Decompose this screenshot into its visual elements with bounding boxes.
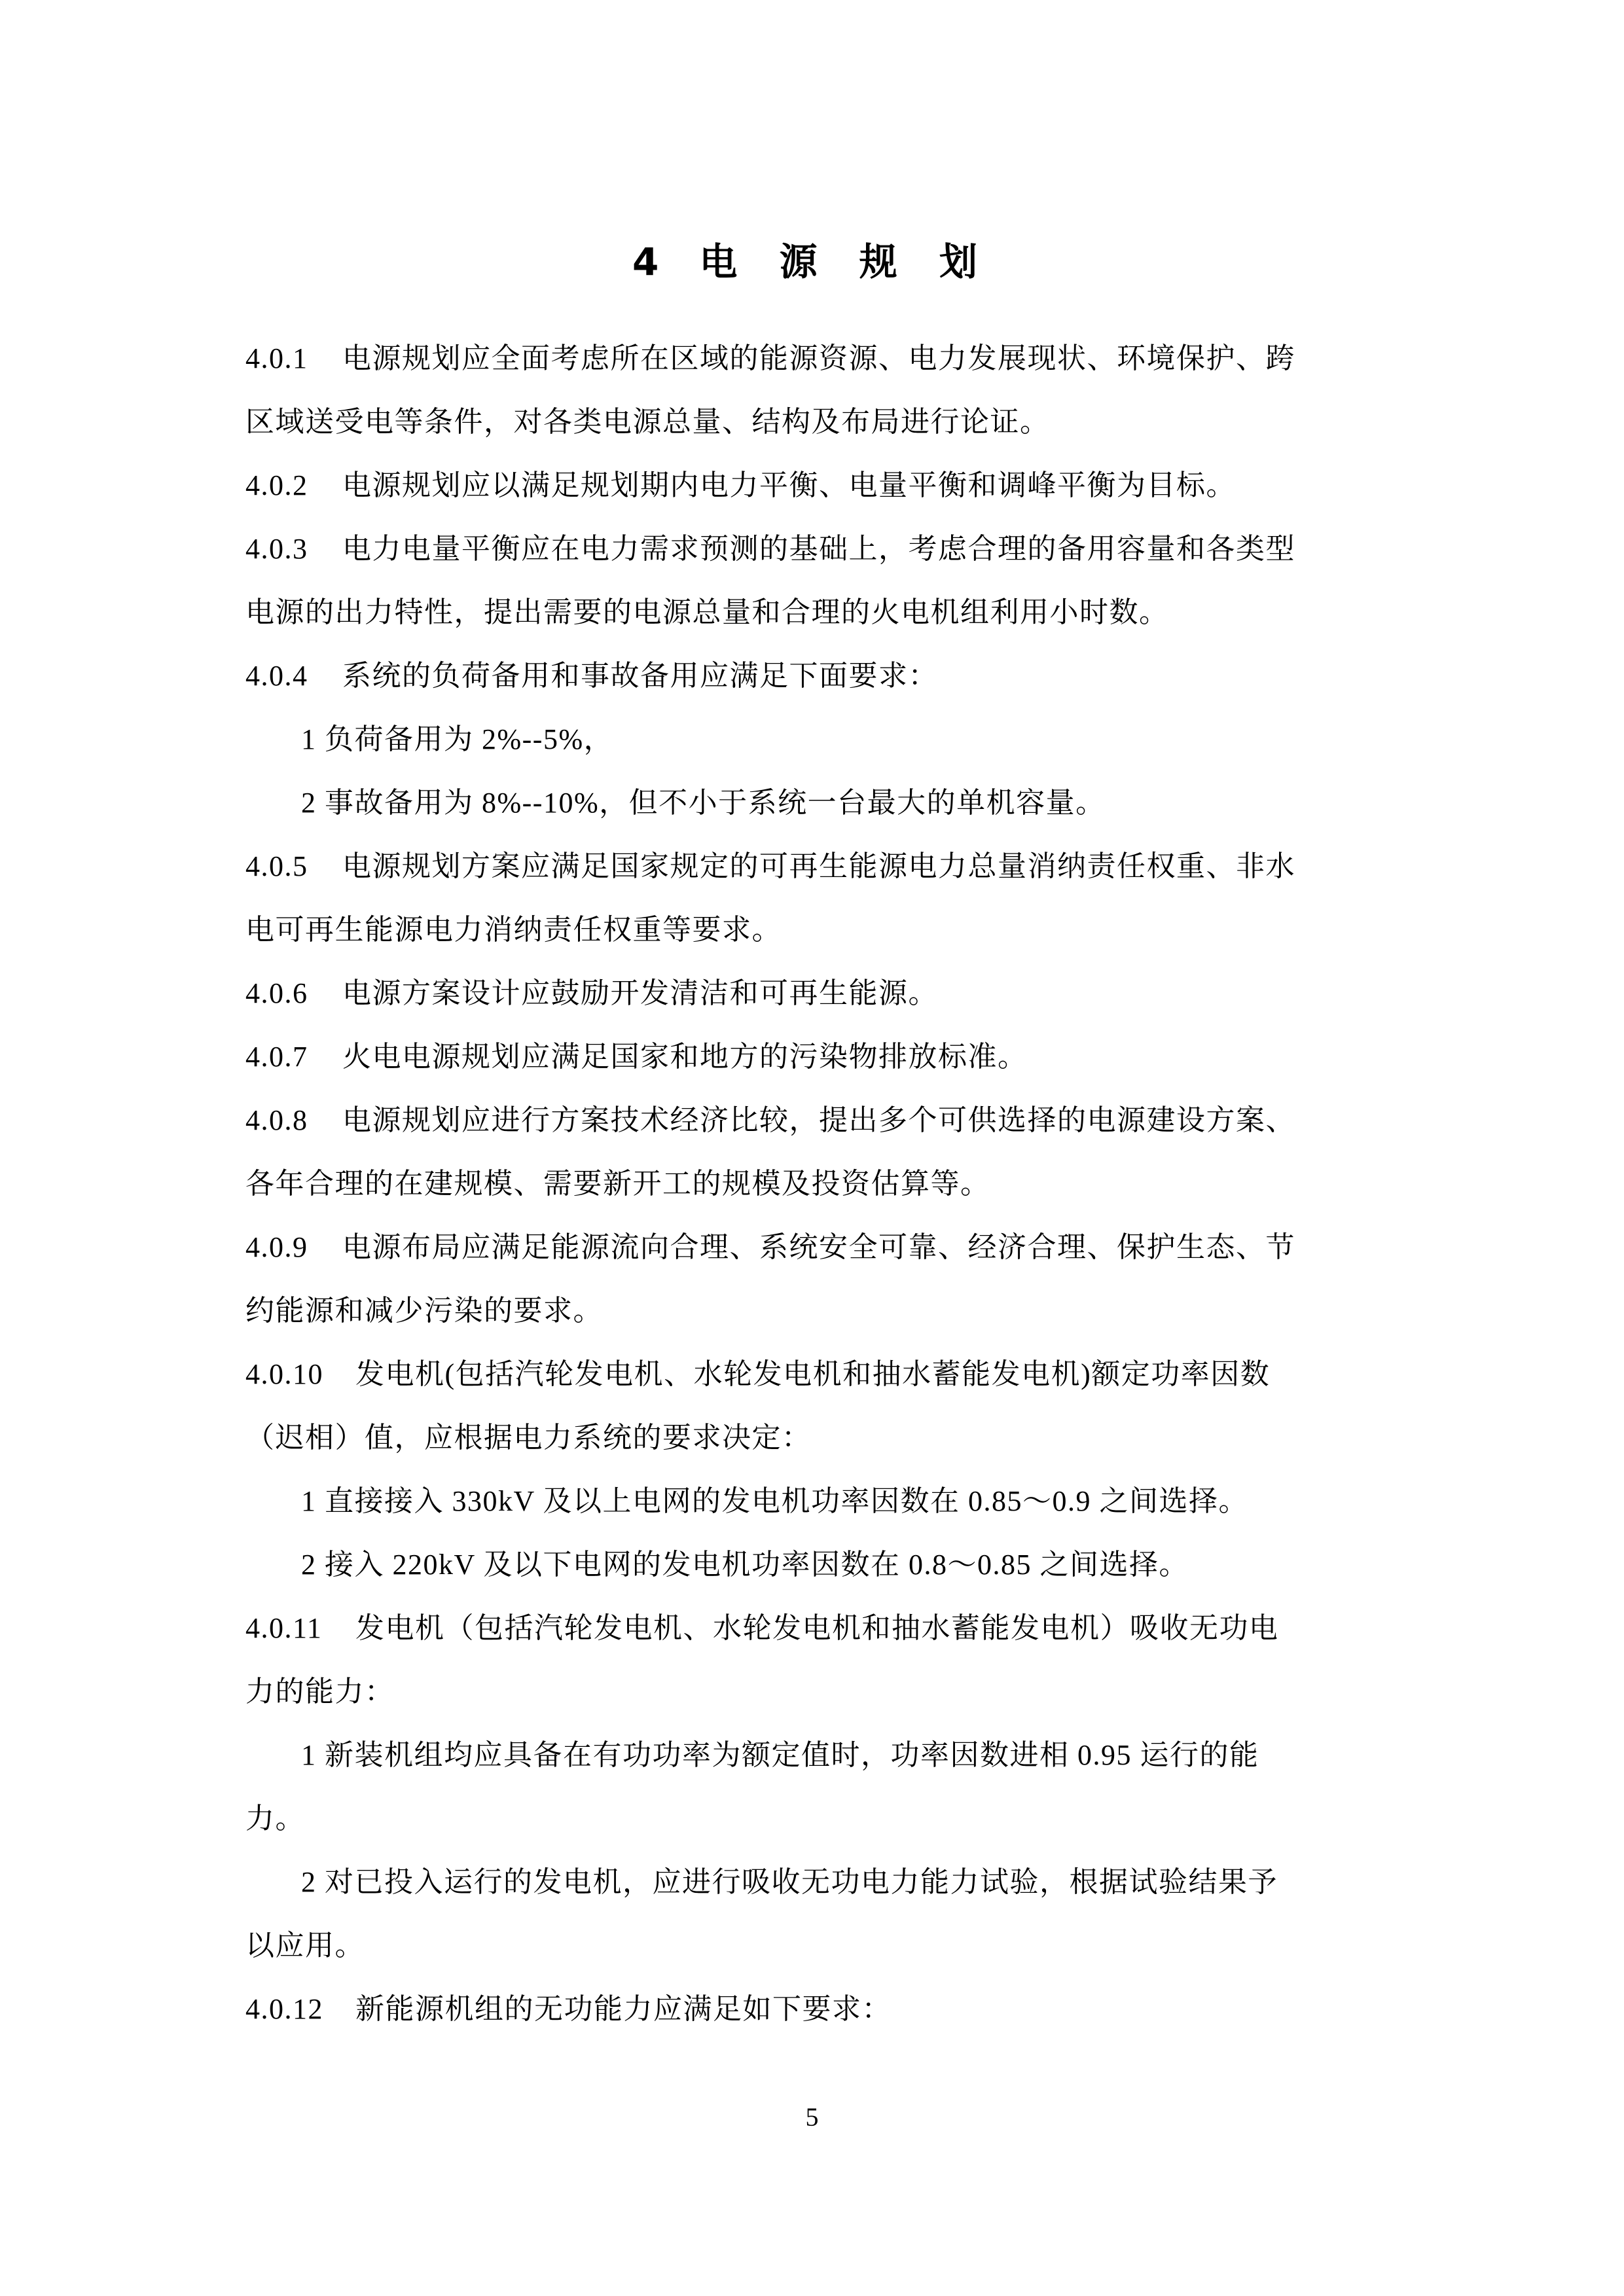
clause-4-0-10: 4.0.10发电机(包括汽轮发电机、水轮发电机和抽水蓄能发电机)额定功率因数 <box>245 1355 1391 1394</box>
clause-text-continued: （迟相）值，应根据电力系统的要求决定： <box>245 1418 1391 1458</box>
clause-4-0-9: 4.0.9电源布局应满足能源流向合理、系统安全可靠、经济合理、保护生态、节 <box>245 1228 1391 1267</box>
clause-4-0-6: 4.0.6电源方案设计应鼓励开发清洁和可再生能源。 <box>245 974 1391 1013</box>
clause-number: 4.0.7 <box>245 1037 337 1077</box>
list-item: 2 接入 220kV 及以下电网的发电机功率因数在 0.8～0.85 之间选择。 <box>301 1545 1447 1585</box>
clause-text: 电源规划应以满足规划期内电力平衡、电量平衡和调峰平衡为目标。 <box>342 469 1236 501</box>
list-item: 1 负荷备用为 2%--5%， <box>301 720 1447 759</box>
clause-number: 4.0.11 <box>245 1609 350 1648</box>
clause-number: 4.0.3 <box>245 529 337 569</box>
clause-number: 4.0.5 <box>245 847 337 886</box>
list-item-continued: 以应用。 <box>245 1926 1391 1965</box>
clause-text: 发电机（包括汽轮发电机、水轮发电机和抽水蓄能发电机）吸收无功电 <box>355 1612 1279 1644</box>
clause-number: 4.0.12 <box>245 1990 350 2029</box>
clause-number: 4.0.6 <box>245 974 337 1013</box>
clause-4-0-12: 4.0.12新能源机组的无功能力应满足如下要求： <box>245 1990 1391 2029</box>
clause-4-0-1: 4.0.1电源规划应全面考虑所在区域的能源资源、电力发展现状、环境保护、跨 <box>245 339 1391 378</box>
clause-text: 电源布局应满足能源流向合理、系统安全可靠、经济合理、保护生态、节 <box>342 1231 1295 1263</box>
clause-4-0-7: 4.0.7火电电源规划应满足国家和地方的污染物排放标准。 <box>245 1037 1391 1077</box>
clause-4-0-11: 4.0.11发电机（包括汽轮发电机、水轮发电机和抽水蓄能发电机）吸收无功电 <box>245 1609 1391 1648</box>
list-item-continued: 力。 <box>245 1799 1391 1839</box>
clause-4-0-3: 4.0.3电力电量平衡应在电力需求预测的基础上，考虑合理的备用容量和各类型 <box>245 529 1391 569</box>
list-item: 1 直接接入 330kV 及以上电网的发电机功率因数在 0.85～0.9 之间选… <box>301 1482 1447 1521</box>
clause-text: 电源规划应进行方案技术经济比较，提出多个可供选择的电源建设方案、 <box>342 1104 1295 1136</box>
clause-text: 火电电源规划应满足国家和地方的污染物排放标准。 <box>342 1041 1028 1073</box>
clause-4-0-4: 4.0.4系统的负荷备用和事故备用应满足下面要求： <box>245 656 1391 696</box>
clause-number: 4.0.4 <box>245 656 337 696</box>
clause-text: 系统的负荷备用和事故备用应满足下面要求： <box>342 660 938 692</box>
clause-text-continued: 区域送受电等条件，对各类电源总量、结构及布局进行论证。 <box>245 403 1391 442</box>
clause-number: 4.0.9 <box>245 1228 337 1267</box>
chapter-title: 电 源 规 划 <box>699 240 992 284</box>
list-item: 1 新装机组均应具备在有功功率为额定值时，功率因数进相 0.95 运行的能 <box>301 1736 1447 1775</box>
clause-text-continued: 各年合理的在建规模、需要新开工的规模及投资估算等。 <box>245 1164 1391 1204</box>
clause-4-0-5: 4.0.5电源规划方案应满足国家规定的可再生能源电力总量消纳责任权重、非水 <box>245 847 1391 886</box>
clause-text-continued: 电可再生能源电力消纳责任权重等要求。 <box>245 910 1391 950</box>
clause-number: 4.0.1 <box>245 339 337 378</box>
clause-text: 电源方案设计应鼓励开发清洁和可再生能源。 <box>342 977 938 1009</box>
clause-text: 发电机(包括汽轮发电机、水轮发电机和抽水蓄能发电机)额定功率因数 <box>355 1358 1270 1390</box>
clause-text: 电源规划方案应满足国家规定的可再生能源电力总量消纳责任权重、非水 <box>342 850 1295 882</box>
clause-number: 4.0.10 <box>245 1355 350 1394</box>
document-page: 4电 源 规 划 4.0.1电源规划应全面考虑所在区域的能源资源、电力发展现状、… <box>0 0 1624 2296</box>
clause-4-0-2: 4.0.2电源规划应以满足规划期内电力平衡、电量平衡和调峰平衡为目标。 <box>245 466 1391 505</box>
clause-text-continued: 约能源和减少污染的要求。 <box>245 1291 1391 1331</box>
chapter-heading: 4电 源 规 划 <box>0 232 1624 291</box>
list-item: 2 对已投入运行的发电机，应进行吸收无功电力能力试验，根据试验结果予 <box>301 1863 1447 1902</box>
clause-text-continued: 力的能力： <box>245 1672 1391 1712</box>
clause-text: 电源规划应全面考虑所在区域的能源资源、电力发展现状、环境保护、跨 <box>342 342 1295 374</box>
list-item: 2 事故备用为 8%--10%，但不小于系统一台最大的单机容量。 <box>301 783 1447 823</box>
chapter-number: 4 <box>632 240 673 284</box>
clause-text: 电力电量平衡应在电力需求预测的基础上，考虑合理的备用容量和各类型 <box>342 533 1295 565</box>
page-number: 5 <box>0 2101 1624 2134</box>
clause-text: 新能源机组的无功能力应满足如下要求： <box>355 1993 892 2025</box>
clause-number: 4.0.2 <box>245 466 337 505</box>
clause-4-0-8: 4.0.8电源规划应进行方案技术经济比较，提出多个可供选择的电源建设方案、 <box>245 1101 1391 1140</box>
clause-text-continued: 电源的出力特性，提出需要的电源总量和合理的火电机组利用小时数。 <box>245 593 1391 632</box>
clause-number: 4.0.8 <box>245 1101 337 1140</box>
